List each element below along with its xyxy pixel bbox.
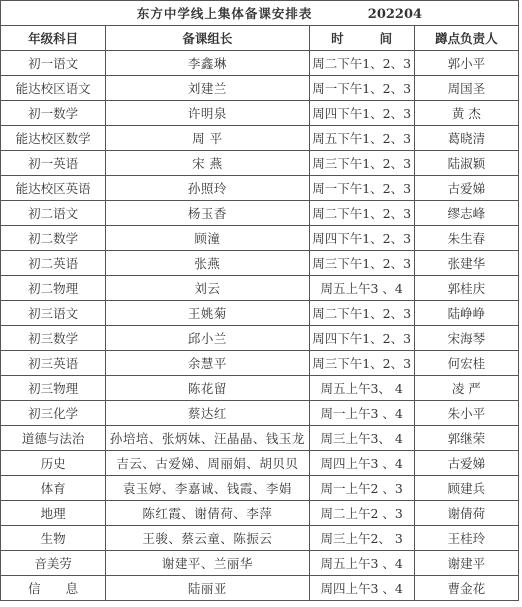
owner-cell: 缪志峰 [414, 201, 518, 226]
page-title: 东方中学线上集体备课安排表 [137, 6, 313, 21]
table-row: 初一语文李鑫琳周二下午1、2、3郭小平 [1, 51, 519, 76]
time-cell: 周三上午2、 3 [309, 526, 414, 551]
subject-cell: 初二英语 [1, 251, 106, 276]
leader-cell: 孙照玲 [106, 176, 309, 201]
leader-cell: 袁玉婷、李嘉诚、钱霞、李娟 [106, 476, 309, 501]
subject-cell: 音美劳 [1, 551, 106, 576]
leader-cell: 李鑫琳 [106, 51, 309, 76]
time-cell: 周二下午1、2、3 [309, 301, 414, 326]
table-row: 音美劳谢建平、兰丽华周五上午3 、4谢建平 [1, 551, 519, 576]
subject-cell: 初三语文 [1, 301, 106, 326]
owner-cell: 谢倩荷 [414, 501, 518, 526]
subject-cell: 历史 [1, 451, 106, 476]
time-cell: 周二下午1、2、3 [309, 201, 414, 226]
table-row: 能达校区英语孙照玲周一下午1、2、3古爱娣 [1, 176, 519, 201]
leader-cell: 陆丽亚 [106, 576, 309, 601]
owner-cell: 黄 杰 [414, 101, 518, 126]
owner-cell: 顾建兵 [414, 476, 518, 501]
time-cell: 周四下午1、2、3 [309, 326, 414, 351]
table-row: 初三语文王姚菊周二下午1、2、3陆峥峥 [1, 301, 519, 326]
subject-cell: 体育 [1, 476, 106, 501]
owner-cell: 曹金花 [414, 576, 518, 601]
leader-cell: 张燕 [106, 251, 309, 276]
leader-cell: 王骏、蔡云童、陈振云 [106, 526, 309, 551]
owner-cell: 朱小平 [414, 401, 518, 426]
subject-cell: 初二物理 [1, 276, 106, 301]
time-cell: 周三下午1、2、3 [309, 251, 414, 276]
title-row: 东方中学线上集体备课安排表 202204 [1, 1, 519, 26]
leader-cell: 杨玉香 [106, 201, 309, 226]
table-row: 初三化学蔡达红周一上午3 、4朱小平 [1, 401, 519, 426]
table-row: 初一英语宋 燕周三下午1、2、3陆淑颖 [1, 151, 519, 176]
owner-cell: 何宏桂 [414, 351, 518, 376]
leader-cell: 谢建平、兰丽华 [106, 551, 309, 576]
subject-cell: 初三数学 [1, 326, 106, 351]
time-cell: 周四上午3 、4 [309, 451, 414, 476]
owner-cell: 宋海琴 [414, 326, 518, 351]
time-cell: 周一上午3 、4 [309, 401, 414, 426]
table-row: 初二数学顾潼周四下午1、2、3朱生春 [1, 226, 519, 251]
subject-cell: 初一英语 [1, 151, 106, 176]
subject-cell: 能达校区语文 [1, 76, 106, 101]
subject-cell: 能达校区数学 [1, 126, 106, 151]
table-row: 地理陈红霞、谢倩荷、李萍周二上午2 、3谢倩荷 [1, 501, 519, 526]
owner-cell: 郭继荣 [414, 426, 518, 451]
time-cell: 周五上午3 、4 [309, 551, 414, 576]
leader-cell: 王姚菊 [106, 301, 309, 326]
owner-cell: 朱生春 [414, 226, 518, 251]
table-row: 初二英语张燕周三下午1、2、3张建华 [1, 251, 519, 276]
leader-cell: 刘建兰 [106, 76, 309, 101]
time-cell: 周五上午3、 4 [309, 376, 414, 401]
leader-cell: 顾潼 [106, 226, 309, 251]
table-row: 信 息陆丽亚周四上午3 、4曹金花 [1, 576, 519, 601]
leader-cell: 周 平 [106, 126, 309, 151]
header-time: 时间 [309, 26, 414, 51]
subject-cell: 初二语文 [1, 201, 106, 226]
subject-cell: 初三物理 [1, 376, 106, 401]
table-row: 初三英语余慧平周三下午1、2、3何宏桂 [1, 351, 519, 376]
time-cell: 周一下午1、2、3 [309, 176, 414, 201]
header-subject: 年级科目 [1, 26, 106, 51]
owner-cell: 谢建平 [414, 551, 518, 576]
header-row: 年级科目 备课组长 时间 蹲点负责人 [1, 26, 519, 51]
header-time-part2: 间 [380, 29, 393, 47]
owner-cell: 陆峥峥 [414, 301, 518, 326]
table-row: 初二语文杨玉香周二下午1、2、3缪志峰 [1, 201, 519, 226]
leader-cell: 余慧平 [106, 351, 309, 376]
table-row: 初二物理刘云周五上午3 、4郭桂庆 [1, 276, 519, 301]
subject-cell: 道德与法治 [1, 426, 106, 451]
owner-cell: 古爱娣 [414, 176, 518, 201]
owner-cell: 王桂玲 [414, 526, 518, 551]
time-cell: 周五下午1、2、3 [309, 126, 414, 151]
header-owner: 蹲点负责人 [414, 26, 518, 51]
owner-cell: 郭桂庆 [414, 276, 518, 301]
time-cell: 周三上午3、 4 [309, 426, 414, 451]
owner-cell: 郭小平 [414, 51, 518, 76]
time-cell: 周一上午2 、3 [309, 476, 414, 501]
schedule-table: 东方中学线上集体备课安排表 202204 年级科目 备课组长 时间 蹲点负责人 … [0, 0, 519, 601]
owner-cell: 葛晓清 [414, 126, 518, 151]
table-row: 初一数学许明泉周四下午1、2、3黄 杰 [1, 101, 519, 126]
time-cell: 周四下午1、2、3 [309, 101, 414, 126]
time-cell: 周一下午1、2、3 [309, 76, 414, 101]
leader-cell: 刘云 [106, 276, 309, 301]
time-cell: 周四下午1、2、3 [309, 226, 414, 251]
leader-cell: 吉云、古爱娣、周丽娟、胡贝贝 [106, 451, 309, 476]
leader-cell: 陈红霞、谢倩荷、李萍 [106, 501, 309, 526]
subject-cell: 初一语文 [1, 51, 106, 76]
owner-cell: 古爱娣 [414, 451, 518, 476]
subject-cell: 初一数学 [1, 101, 106, 126]
schedule-sheet: 东方中学线上集体备课安排表 202204 年级科目 备课组长 时间 蹲点负责人 … [0, 0, 522, 607]
owner-cell: 周国圣 [414, 76, 518, 101]
subject-cell: 信 息 [1, 576, 106, 601]
title-code: 202204 [368, 7, 422, 22]
header-time-part1: 时 [331, 29, 344, 47]
time-cell: 周五上午3 、4 [309, 276, 414, 301]
subject-cell: 初三英语 [1, 351, 106, 376]
leader-cell: 邱小兰 [106, 326, 309, 351]
table-row: 初三物理陈花留周五上午3、 4凌 严 [1, 376, 519, 401]
table-row: 历史吉云、古爱娣、周丽娟、胡贝贝周四上午3 、4古爱娣 [1, 451, 519, 476]
table-row: 道德与法治孙培培、张炳妹、汪晶晶、钱玉龙周三上午3、 4郭继荣 [1, 426, 519, 451]
subject-cell: 地理 [1, 501, 106, 526]
table-row: 体育袁玉婷、李嘉诚、钱霞、李娟周一上午2 、3顾建兵 [1, 476, 519, 501]
owner-cell: 陆淑颖 [414, 151, 518, 176]
owner-cell: 张建华 [414, 251, 518, 276]
subject-cell: 初三化学 [1, 401, 106, 426]
leader-cell: 蔡达红 [106, 401, 309, 426]
leader-cell: 孙培培、张炳妹、汪晶晶、钱玉龙 [106, 426, 309, 451]
leader-cell: 陈花留 [106, 376, 309, 401]
leader-cell: 许明泉 [106, 101, 309, 126]
time-cell: 周四上午3 、4 [309, 576, 414, 601]
owner-cell: 凌 严 [414, 376, 518, 401]
header-leader: 备课组长 [106, 26, 309, 51]
table-row: 能达校区数学周 平周五下午1、2、3葛晓清 [1, 126, 519, 151]
time-cell: 周二上午2 、3 [309, 501, 414, 526]
table-row: 生物王骏、蔡云童、陈振云周三上午2、 3王桂玲 [1, 526, 519, 551]
title-cell: 东方中学线上集体备课安排表 202204 [1, 1, 519, 26]
leader-cell: 宋 燕 [106, 151, 309, 176]
time-cell: 周二下午1、2、3 [309, 51, 414, 76]
subject-cell: 初二数学 [1, 226, 106, 251]
time-cell: 周三下午1、2、3 [309, 151, 414, 176]
table-row: 初三数学邱小兰周四下午1、2、3宋海琴 [1, 326, 519, 351]
table-row: 能达校区语文刘建兰周一下午1、2、3周国圣 [1, 76, 519, 101]
time-cell: 周三下午1、2、3 [309, 351, 414, 376]
subject-cell: 能达校区英语 [1, 176, 106, 201]
subject-cell: 生物 [1, 526, 106, 551]
